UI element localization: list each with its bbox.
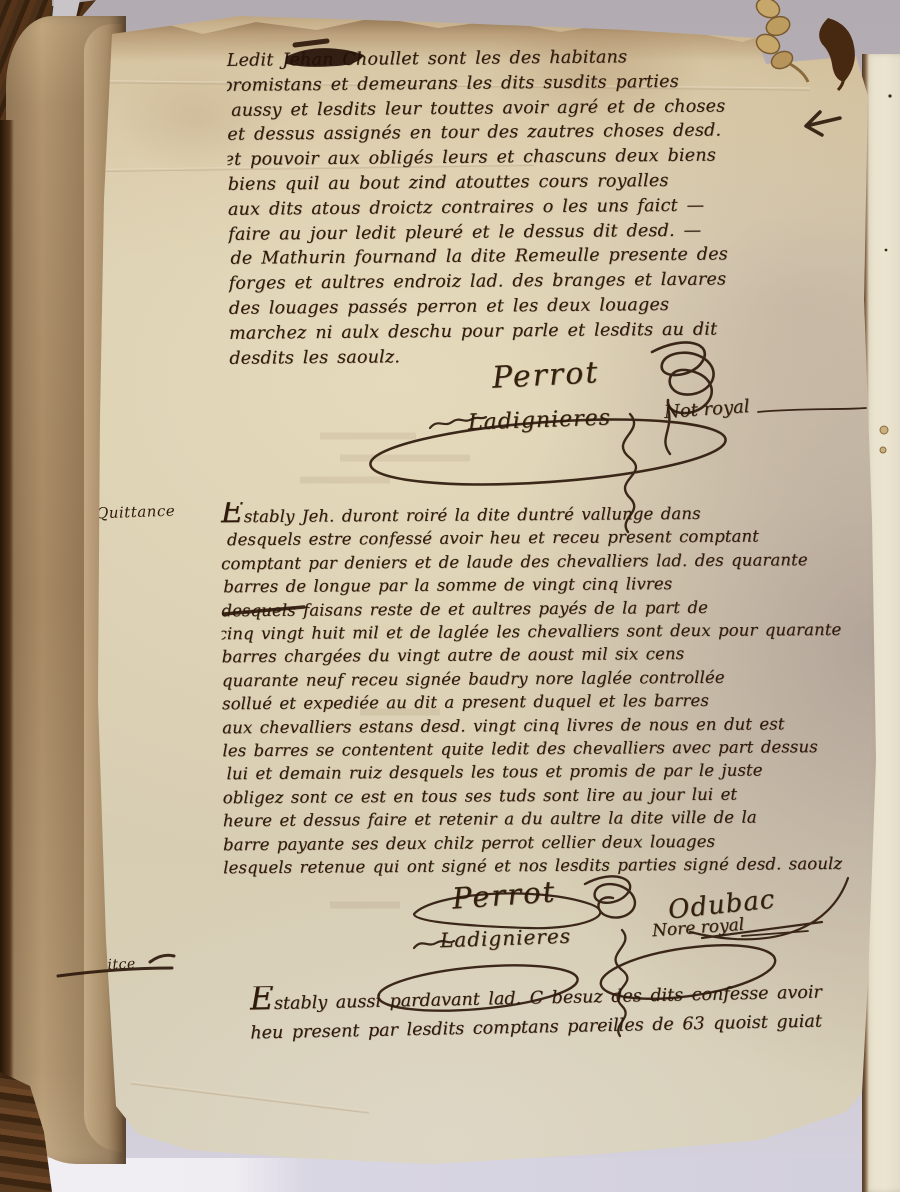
manuscript-photo: Ledit Jehan Choullet sont les des habita… — [0, 0, 900, 1192]
text-line: comptant par deniers et de laude des che… — [221, 548, 877, 576]
signature-notary: Ladignieres — [440, 924, 572, 953]
act-3-text: Estably aussi pardavant lad. C besuz des… — [249, 973, 874, 1048]
notary-title: Nore royal — [651, 915, 744, 941]
paper-crease — [131, 1081, 370, 1113]
wood-left-edge — [0, 120, 14, 1100]
act-2-text: Estably Jeh. duront roiré la dite duntré… — [221, 498, 880, 880]
act-1-text: Ledit Jehan Choullet sont les des habita… — [227, 43, 878, 371]
signature-perrot: Perrot — [451, 874, 557, 915]
notary-title: Not royal — [663, 396, 750, 423]
signature-perrot: Perrot — [491, 355, 600, 396]
signature-notary: Ladignieres — [468, 406, 612, 436]
table-surface-bottom — [0, 1158, 900, 1192]
manuscript-page: Ledit Jehan Choullet sont les des habita… — [0, 0, 900, 1192]
margin-note-quittance: Quittance — [96, 502, 176, 523]
